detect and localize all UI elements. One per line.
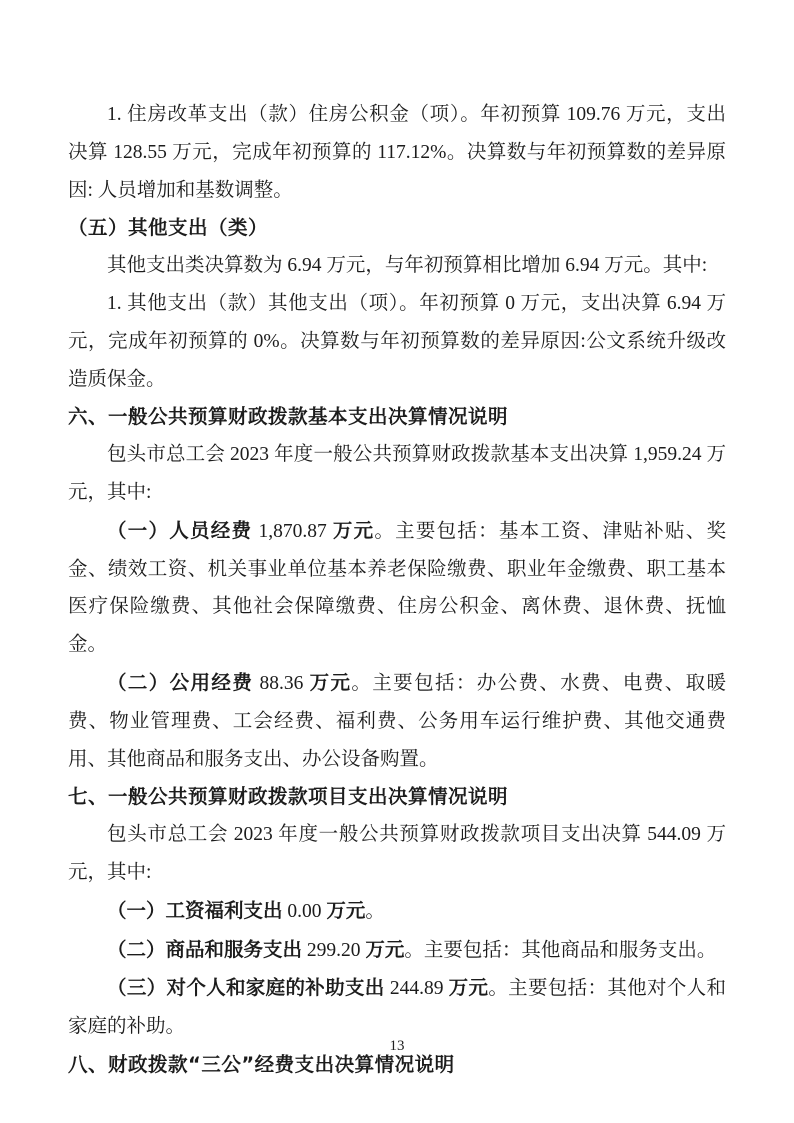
unit-label: 万元 (310, 671, 352, 694)
paragraph-text: 其他支出类决算数为 6.94 万元，与年初预算相比增加 6.94 万元。其中: (107, 255, 707, 276)
heading-text: 八、财政拨款“三公”经费支出决算情况说明 (68, 1053, 455, 1076)
unit-label: 万元 (326, 899, 365, 922)
wage-welfare-label: （一）工资福利支出 (107, 899, 283, 922)
heading-section-7-project-expenditure: 七、一般公共预算财政拨款项目支出决算情况说明 (68, 778, 726, 816)
public-funds-amount: 88.36 (253, 673, 309, 694)
paragraph-project-expenditure-total: 包头市总工会 2023 年度一般公共预算财政拨款项目支出决算 544.09 万元… (68, 816, 726, 892)
page-footer: 13 (0, 1038, 794, 1055)
paragraph-text: 包头市总工会 2023 年度一般公共预算财政拨款基本支出决算 1,959.24 … (68, 444, 726, 503)
paragraph-goods-services: （二）商品和服务支出 299.20 万元。主要包括：其他商品和服务支出。 (68, 931, 726, 970)
page-number: 13 (390, 1038, 405, 1054)
unit-label: 万元 (449, 976, 489, 999)
paragraph-public-funds: （二）公用经费 88.36 万元。主要包括：办公费、水费、电费、取暖费、物业管理… (68, 664, 726, 778)
heading-text: （五）其他支出（类） (68, 216, 268, 239)
paragraph-wage-welfare: （一）工资福利支出 0.00 万元。 (68, 892, 726, 931)
heading-text: 六、一般公共预算财政拨款基本支出决算情况说明 (68, 405, 508, 428)
heading-section-6-basic-expenditure: 六、一般公共预算财政拨款基本支出决算情况说明 (68, 398, 726, 436)
personnel-funds-label: （一）人员经费 (107, 519, 252, 542)
public-funds-label: （二）公用经费 (107, 671, 253, 694)
paragraph-housing-reform-item: 1. 住房改革支出（款）住房公积金（项）。年初预算 109.76 万元，支出决算… (68, 96, 726, 209)
unit-label: 万元 (333, 519, 375, 542)
paragraph-individual-family-subsidy: （三）对个人和家庭的补助支出 244.89 万元。主要包括：其他对个人和家庭的补… (68, 969, 726, 1046)
goods-services-label: （二）商品和服务支出 (107, 938, 302, 961)
individual-family-subsidy-label: （三）对个人和家庭的补助支出 (107, 976, 385, 999)
personnel-funds-amount: 1,870.87 (252, 521, 333, 542)
paragraph-text: 。 (365, 901, 385, 922)
paragraph-text: 1. 其他支出（款）其他支出（项）。年初预算 0 万元，支出决算 6.94 万元… (68, 293, 726, 390)
page-content: 1. 住房改革支出（款）住房公积金（项）。年初预算 109.76 万元，支出决算… (68, 96, 726, 1084)
paragraph-personnel-funds: （一）人员经费 1,870.87 万元。主要包括：基本工资、津贴补贴、奖金、绩效… (68, 512, 726, 664)
paragraph-other-expenses-summary: 其他支出类决算数为 6.94 万元，与年初预算相比增加 6.94 万元。其中: (68, 247, 726, 285)
goods-services-amount: 299.20 (302, 940, 365, 961)
heading-section-5-other-expenses: （五）其他支出（类） (68, 209, 726, 247)
unit-label: 万元 (365, 938, 404, 961)
paragraph-other-expenses-item: 1. 其他支出（款）其他支出（项）。年初预算 0 万元，支出决算 6.94 万元… (68, 285, 726, 398)
wage-welfare-amount: 0.00 (283, 901, 327, 922)
document-page: 1. 住房改革支出（款）住房公积金（项）。年初预算 109.76 万元，支出决算… (0, 0, 794, 1123)
heading-text: 七、一般公共预算财政拨款项目支出决算情况说明 (68, 785, 508, 808)
individual-family-subsidy-amount: 244.89 (385, 978, 449, 999)
paragraph-text: 。主要包括：其他商品和服务支出。 (404, 940, 716, 961)
paragraph-text: 1. 住房改革支出（款）住房公积金（项）。年初预算 109.76 万元，支出决算… (68, 104, 726, 201)
paragraph-text: 包头市总工会 2023 年度一般公共预算财政拨款项目支出决算 544.09 万元… (68, 824, 726, 883)
paragraph-basic-expenditure-total: 包头市总工会 2023 年度一般公共预算财政拨款基本支出决算 1,959.24 … (68, 436, 726, 512)
